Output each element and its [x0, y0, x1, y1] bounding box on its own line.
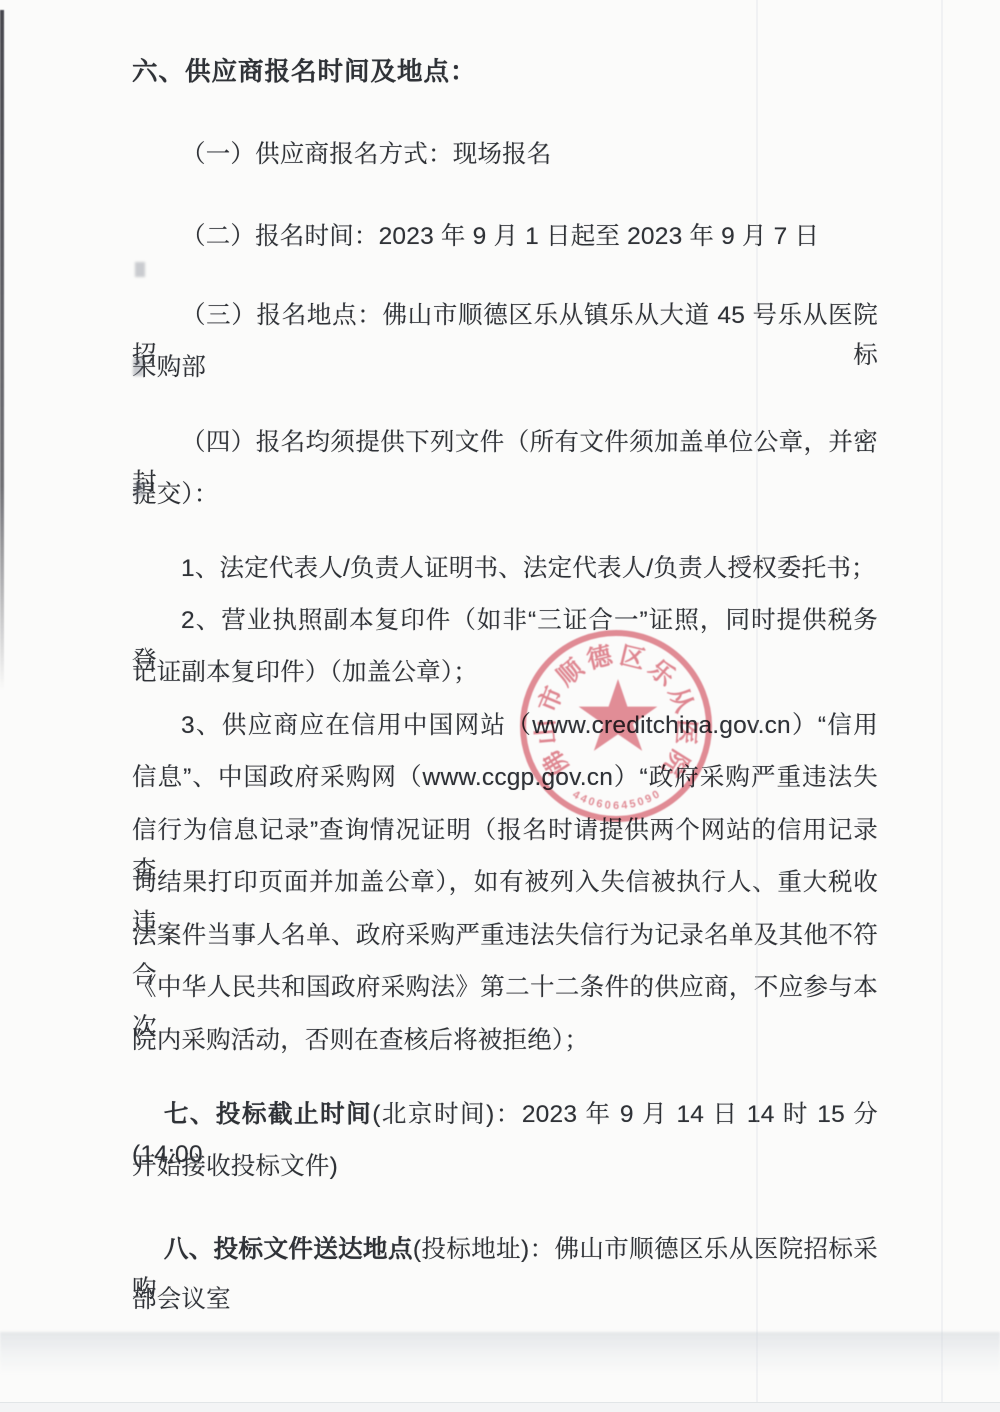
doc-line-item1: 1、法定代表人/负责人证明书、法定代表人/负责人授权委托书；: [132, 549, 876, 589]
doc-line-item3-4: 询结果打印页面并加盖公章），如有被列入失信被执行人、重大税收违: [132, 863, 878, 903]
doc-line-s8-2: 部会议室: [132, 1280, 231, 1320]
doc-s8-bold-label: 八、投标文件送达地点: [164, 1236, 413, 1263]
doc-line-item3-5: 法案件当事人名单、政府采购严重违法失信行为记录名单及其他不符合: [132, 916, 878, 956]
scan-artifact-streak: [941, 0, 943, 1412]
doc-line-item2-1: 2、营业执照副本复印件（如非“三证合一”证照，同时提供税务登: [132, 601, 878, 641]
doc-line-item3-7: 院内采购活动，否则在查核后将被拒绝）；: [132, 1021, 589, 1061]
doc-line-p2: （二）报名时间：2023 年 9 月 1 日起至 2023 年 9 月 7 日: [132, 217, 819, 257]
doc-line-p3-1: （三）报名地点：佛山市顺德区乐从镇乐从大道 45 号乐从医院招标: [132, 296, 878, 336]
doc-line-item3-1: 3、供应商应在信用中国网站（www.creditchina.gov.cn）“信用: [132, 706, 878, 746]
doc-line-s7-2: 开始接收投标文件): [132, 1147, 338, 1187]
scan-artifact-smudge: [135, 482, 145, 497]
doc-heading-6: 六、供应商报名时间及地点：: [132, 52, 477, 92]
doc-line-p1: （一）供应商报名方式：现场报名: [132, 135, 552, 175]
doc-line-s7-1: 七、投标截止时间(北京时间)：2023 年 9 月 14 日 14 时 15 分…: [132, 1095, 878, 1135]
doc-line-item2-2: 记证副本复印件）（加盖公章）；: [132, 653, 478, 693]
scan-artifact-left-edge: [0, 10, 4, 690]
doc-line-item3-6: 《中华人民共和国政府采购法》第二十二条件的供应商，不应参与本次: [132, 968, 878, 1008]
doc-line-item3-2: 信息”、中国政府采购网（www.ccgp.gov.cn）“政府采购严重违法失: [132, 758, 878, 798]
scanned-document-page: { "colors": { "ink": "#2f3237", "paper":…: [0, 0, 1000, 1412]
doc-line-s8-1: 八、投标文件送达地点(投标地址)：佛山市顺德区乐从医院招标采购: [132, 1230, 878, 1270]
scan-artifact-smudge: [135, 262, 145, 277]
document-paper: 六、供应商报名时间及地点： （一）供应商报名方式：现场报名 （二）报名时间：20…: [0, 0, 1000, 1412]
doc-s7-bold-label: 七、投标截止时间: [164, 1101, 372, 1128]
scan-artifact-streak: [756, 0, 758, 1412]
scan-artifact-smudge: [133, 358, 143, 376]
scan-artifact-bottom-band: [0, 1332, 1000, 1374]
doc-line-item3-3: 信行为信息记录”查询情况证明（报名时请提供两个网站的信用记录查: [132, 811, 878, 851]
doc-line-p4-1: （四）报名均须提供下列文件（所有文件须加盖单位公章，并密封: [132, 423, 878, 463]
doc-line-p3-2: 采购部: [132, 348, 206, 388]
scan-artifact-bottom-edge: [0, 1402, 1000, 1412]
